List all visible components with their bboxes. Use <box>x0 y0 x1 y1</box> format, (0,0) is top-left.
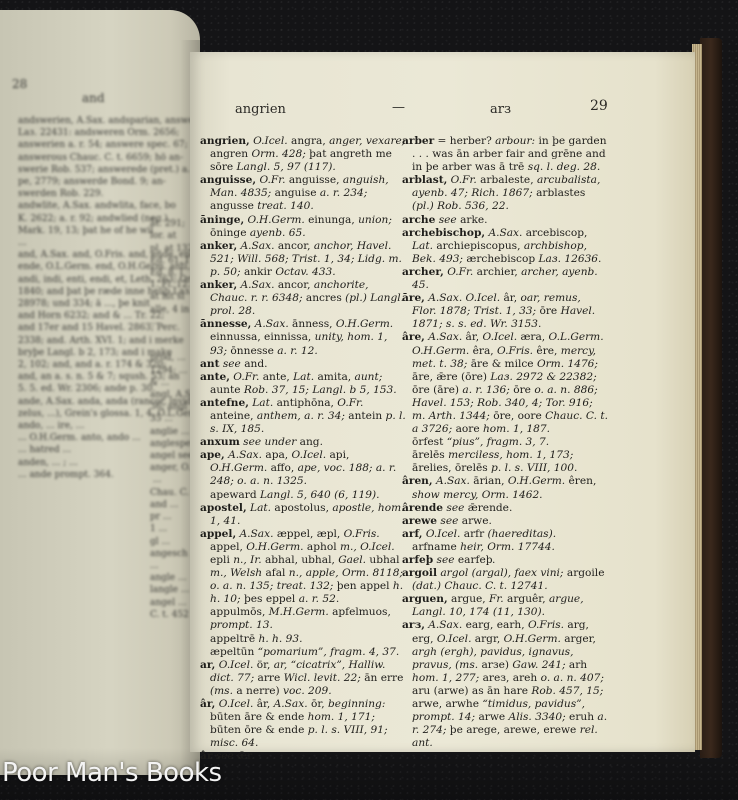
dictionary-entry: argoil argol (argal), faex vini; argoile… <box>402 567 608 593</box>
entry-headword: âren, <box>402 475 433 487</box>
dictionary-entry: āninge, O.H.Germ. einunga, union; ōninge… <box>200 214 406 240</box>
entry-definition: O.Icel. ör, ar, “cicatrix”, Halliw. dict… <box>210 659 403 697</box>
dictionary-entry: arber = herber? arbour: in þe garden . .… <box>402 135 608 174</box>
entry-definition: A.Sax. âr, O.Icel. æra, O.L.Germ. O.H.Ge… <box>412 331 608 435</box>
dictionary-entry: ant see and. <box>200 358 406 371</box>
entry-definition: A.Sax. ancor, anchorite, Chauc. r. r. 63… <box>210 279 404 317</box>
page-number: 29 <box>590 98 608 114</box>
entry-headword: arguen, <box>402 593 448 605</box>
dictionary-entry: âr, O.Icel. âr, A.Sax. ōr, beginning: bū… <box>200 698 406 750</box>
right-page: angrien — arз 29 angrien, O.Icel. angra,… <box>190 52 695 752</box>
left-page-column-1: andswerien, A.Sax. andsparian, answer, L… <box>18 115 153 481</box>
dictionary-entry: archer, O.Fr. archier, archer, ayenb. 45… <box>402 266 608 292</box>
dictionary-entry: âre, A.Sax. âr, O.Icel. æra, O.L.Germ. O… <box>402 331 608 436</box>
dictionary-subentry: ārelēs merciless, hom. 1, 173; ārelies, … <box>402 449 608 475</box>
running-head-first-word: angrien <box>235 102 286 117</box>
dictionary-subentry: apeward Langl. 5, 640 (6, 119). <box>200 489 406 502</box>
entry-definition: O.Icel. âr, A.Sax. ōr, beginning: būten … <box>210 698 388 749</box>
running-head: angrien — arз 29 <box>190 52 695 82</box>
dictionary-entry: ante, O.Fr. ante, Lat. amita, aunt; aunt… <box>200 371 406 397</box>
dictionary-entry: angrien, O.Icel. angra, anger, vexare; a… <box>200 135 406 174</box>
dictionary-entry: ānnesse, A.Sax. ānness, O.H.Germ. einnus… <box>200 318 406 357</box>
entry-headword: arche <box>402 214 435 226</box>
dictionary-entry: arf, O.Icel. arfr (haereditas). <box>402 528 608 541</box>
entry-headword: arewe <box>402 515 437 527</box>
dictionary-entry: antefne, Lat. antiphōna, O.Fr. anteine, … <box>200 397 406 436</box>
dictionary-entry: arguen, argue, Fr. arguêr, argue, Langl.… <box>402 593 608 619</box>
book-cover-edge <box>700 38 722 758</box>
entry-headword: ante, <box>200 371 230 383</box>
dictionary-entry: arewe see arwe. <box>402 515 608 528</box>
dictionary-column-left: angrien, O.Icel. angra, anger, vexare; a… <box>200 135 406 764</box>
left-page-number: 28 <box>12 78 27 90</box>
entry-definition: see arwe. <box>437 515 492 527</box>
entry-headword: âre, <box>402 331 425 343</box>
dictionary-entry: ârende see ǣrende. <box>402 502 608 515</box>
dictionary-entry: apostel, Lat. apostolus, apostle, hom. 1… <box>200 502 406 528</box>
dictionary-entry: anker, A.Sax. ancor, anchorite, Chauc. r… <box>200 279 406 318</box>
dictionary-entry: archebischop, A.Sax. arcebiscop, Lat. ar… <box>402 227 608 266</box>
dictionary-entry: arche see arke. <box>402 214 608 227</box>
dictionary-entry: anguisse, O.Fr. anguisse, anguish, Man. … <box>200 174 406 213</box>
dictionary-entry: appel, A.Sax. æppel, æpl, O.Fris. appel,… <box>200 528 406 607</box>
entry-definition: see and. <box>219 358 267 370</box>
dictionary-subentry: arfname heir, Orm. 17744. <box>402 541 608 554</box>
entry-definition: A.Sax. æppel, æpl, O.Fris. appel, O.H.Ge… <box>210 528 403 605</box>
entry-headword: arз, <box>402 619 425 631</box>
dictionary-subentry: æpeltūn “pomarium”, fragm. 4, 37. <box>200 646 406 659</box>
entry-headword: archer, <box>402 266 444 278</box>
entry-headword: argoil <box>402 567 437 579</box>
entry-headword: apostel, <box>200 502 247 514</box>
entry-headword: âr, <box>200 698 215 710</box>
dictionary-column-right: arber = herber? arbour: in þe garden . .… <box>402 135 608 750</box>
entry-headword: ar, <box>200 659 215 671</box>
watermark: Poor Man's Books <box>2 758 222 788</box>
entry-definition: = herber? arbour: in þe garden . . . was… <box>412 135 607 173</box>
entry-headword: anker, <box>200 279 237 291</box>
dictionary-subentry: appulmōs, M.H.Germ. apfelmuos, prompt. 1… <box>200 606 406 632</box>
entry-definition: A.Sax. earg, earh, O.Fris. arg, erg, O.I… <box>412 619 607 749</box>
dictionary-subentry: ōrfest “pius”, fragm. 3, 7. <box>402 436 608 449</box>
entry-definition: O.Icel. arfr (haereditas). <box>422 528 556 540</box>
entry-definition: A.Sax. ancor, anchor, Havel. 521; Will. … <box>210 240 402 278</box>
entry-headword: ape, <box>200 449 225 461</box>
entry-definition: see under ang. <box>240 436 323 448</box>
dictionary-entry: arblast, O.Fr. arbaleste, arcubalista, a… <box>402 174 608 213</box>
entry-headword: anker, <box>200 240 237 252</box>
dictionary-entry: âren, A.Sax. ārian, O.H.Germ. êren, show… <box>402 475 608 501</box>
dictionary-entry: arfeþ see earfeþ. <box>402 554 608 567</box>
entry-headword: ānnesse, <box>200 318 251 330</box>
entry-headword: āre, <box>402 292 425 304</box>
entry-definition: argol (argal), faex vini; argoile (dat.)… <box>412 567 604 592</box>
entry-headword: appel, <box>200 528 236 540</box>
left-page: 28 and andswerien, A.Sax. andsparian, an… <box>0 10 200 775</box>
dictionary-entry: āre, A.Sax. O.Icel. âr, oar, remus, Flor… <box>402 292 608 331</box>
dictionary-entry: ar, O.Icel. ör, ar, “cicatrix”, Halliw. … <box>200 659 406 698</box>
entry-definition: A.Sax. ārian, O.H.Germ. êren, show mercy… <box>412 475 596 500</box>
entry-headword: ârende <box>402 502 443 514</box>
entry-headword: anguisse, <box>200 174 256 186</box>
entry-headword: arber <box>402 135 434 147</box>
running-head-dash: — <box>392 100 405 115</box>
entry-definition: A.Sax. O.Icel. âr, oar, remus, Flor. 187… <box>412 292 595 330</box>
entry-headword: ant <box>200 358 219 370</box>
entry-definition: see earfeþ. <box>433 554 495 566</box>
entry-headword: anxum <box>200 436 240 448</box>
dictionary-subentry: appeltrē h. h. 93. <box>200 633 406 646</box>
entry-definition: A.Sax. apa, O.Icel. api, O.H.Germ. affo,… <box>210 449 396 487</box>
running-head-last-word: arз <box>490 102 511 117</box>
left-running-head: and <box>82 92 105 104</box>
entry-definition: see arke. <box>435 214 487 226</box>
entry-headword: antefne, <box>200 397 249 409</box>
entry-headword: āninge, <box>200 214 244 226</box>
dictionary-entry: arз, A.Sax. earg, earh, O.Fris. arg, erg… <box>402 619 608 750</box>
entry-definition: see ǣrende. <box>443 502 512 514</box>
dictionary-entry: anker, A.Sax. ancor, anchor, Havel. 521;… <box>200 240 406 279</box>
entry-definition: O.Fr. ante, Lat. amita, aunt; aunte Rob.… <box>210 371 397 396</box>
entry-headword: arfeþ <box>402 554 433 566</box>
dictionary-entry: anxum see under ang. <box>200 436 406 449</box>
dictionary-entry: ape, A.Sax. apa, O.Icel. api, O.H.Germ. … <box>200 449 406 488</box>
entry-headword: archebischop, <box>402 227 485 239</box>
entry-headword: arf, <box>402 528 422 540</box>
entry-headword: angrien, <box>200 135 250 147</box>
entry-headword: arblast, <box>402 174 447 186</box>
